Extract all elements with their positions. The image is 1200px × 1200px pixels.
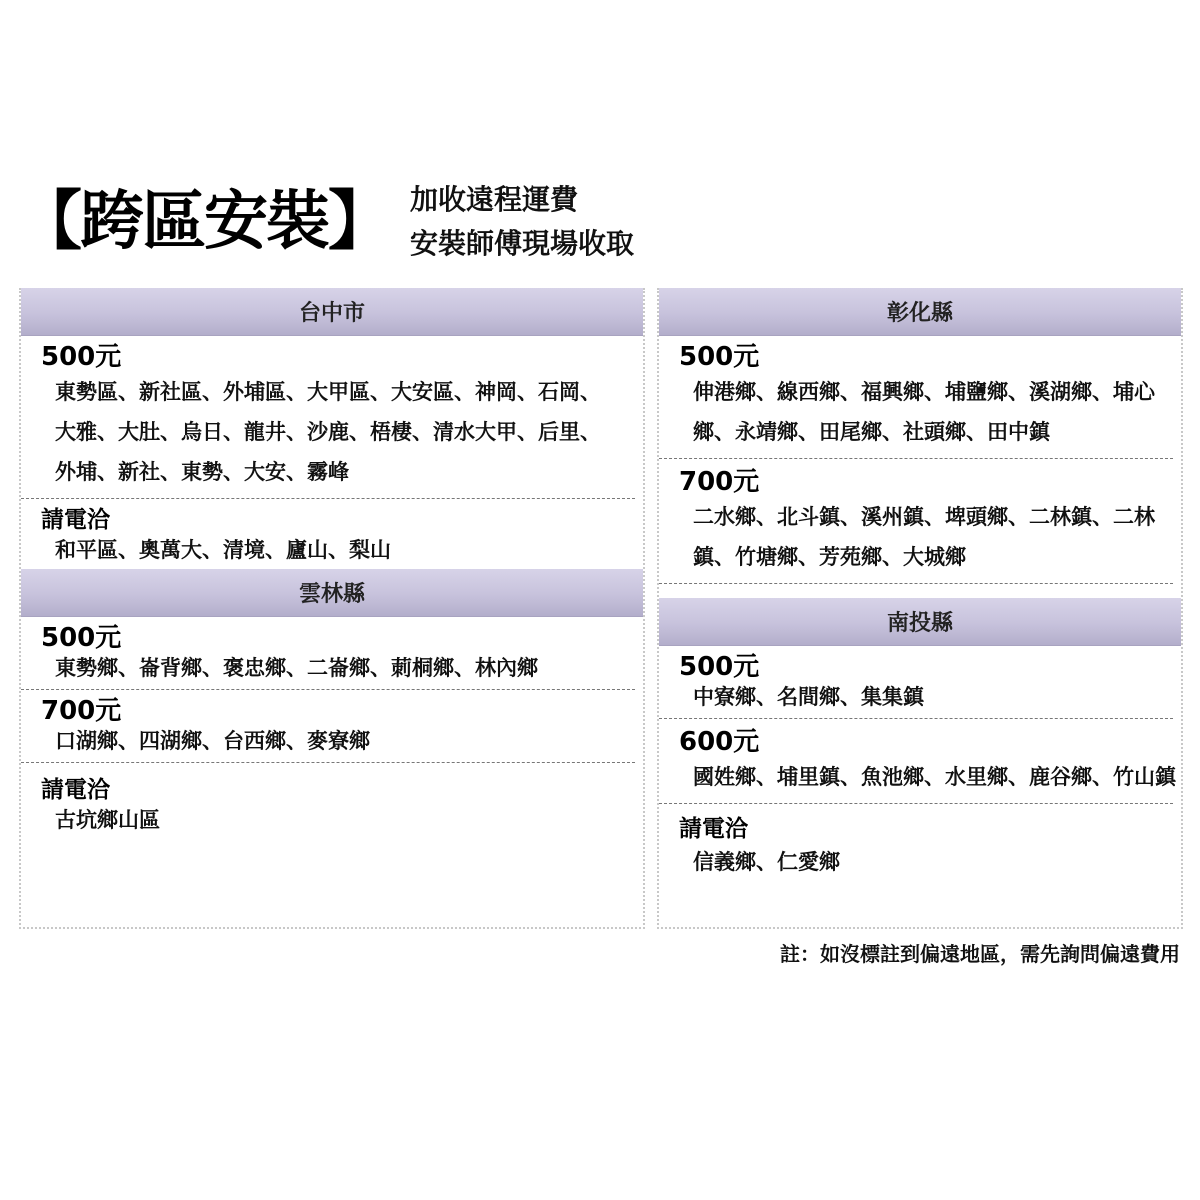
area-list: 國姓鄉、埔里鎮、魚池鄉、水里鄉、鹿谷鄉、竹山鎮	[679, 757, 1183, 797]
region-header-nantou: 南投縣	[659, 598, 1181, 646]
area-list: 口湖鄉、四湖鄉、台西鄉、麥寮鄉	[41, 726, 627, 756]
tier-yunlin-700: 700元 口湖鄉、四湖鄉、台西鄉、麥寮鄉	[21, 690, 635, 763]
tier-taichung-500: 500元 東勢區、新社區、外埔區、大甲區、大安區、神岡、石岡、大雅、大肚、烏日、…	[21, 336, 635, 499]
region-header-changhua: 彰化縣	[659, 288, 1181, 336]
tier-nantou-600: 600元 國姓鄉、埔里鎮、魚池鄉、水里鄉、鹿谷鄉、竹山鎮	[659, 719, 1173, 804]
area-list: 古坑鄉山區	[41, 805, 635, 835]
subtitle-line-1: 加收遠程運費	[410, 178, 634, 222]
tier-changhua-500: 500元 伸港鄉、線西鄉、福興鄉、埔鹽鄉、溪湖鄉、埔心鄉、永靖鄉、田尾鄉、社頭鄉…	[659, 336, 1173, 459]
main-title: 【跨區安裝】	[18, 190, 390, 254]
tier-nantou-500: 500元 中寮鄉、名間鄉、集集鎮	[659, 646, 1173, 719]
tier-yunlin-500: 500元 東勢鄉、崙背鄉、褒忠鄉、二崙鄉、莿桐鄉、林內鄉	[21, 617, 635, 690]
price-label: 500元	[41, 342, 627, 372]
title-block: 【跨區安裝】 加收遠程運費 安裝師傅現場收取	[18, 178, 634, 266]
tier-nantou-call: 請電洽 信義鄉、仁愛鄉	[659, 804, 1181, 886]
region-header-yunlin: 雲林縣	[21, 569, 643, 617]
footnote: 註：如沒標註到偏遠地區，需先詢問偏遠費用	[780, 938, 1180, 967]
subtitle-block: 加收遠程運費 安裝師傅現場收取	[410, 178, 634, 266]
tier-taichung-call: 請電洽 和平區、奧萬大、清境、廬山、梨山	[21, 499, 643, 569]
price-label: 500元	[679, 652, 1165, 682]
area-list: 東勢區、新社區、外埔區、大甲區、大安區、神岡、石岡、大雅、大肚、烏日、龍井、沙鹿…	[41, 372, 615, 492]
area-list: 和平區、奧萬大、清境、廬山、梨山	[41, 535, 635, 565]
area-list: 中寮鄉、名間鄉、集集鎮	[679, 682, 1165, 712]
tier-yunlin-call: 請電洽 古坑鄉山區	[21, 763, 643, 841]
area-list: 二水鄉、北斗鎮、溪州鎮、埤頭鄉、二林鎮、二林鎮、竹塘鄉、芳苑鄉、大城鄉	[679, 497, 1183, 577]
subtitle-line-2: 安裝師傅現場收取	[410, 222, 634, 266]
left-panel: 台中市 500元 東勢區、新社區、外埔區、大甲區、大安區、神岡、石岡、大雅、大肚…	[19, 288, 645, 929]
region-header-taichung: 台中市	[21, 288, 643, 336]
price-label: 600元	[679, 727, 1165, 757]
price-label: 請電洽	[679, 814, 1173, 844]
price-label: 500元	[679, 342, 1165, 372]
area-list: 東勢鄉、崙背鄉、褒忠鄉、二崙鄉、莿桐鄉、林內鄉	[41, 653, 627, 683]
price-label: 請電洽	[41, 775, 635, 805]
tier-changhua-700: 700元 二水鄉、北斗鎮、溪州鎮、埤頭鄉、二林鎮、二林鎮、竹塘鄉、芳苑鄉、大城鄉	[659, 459, 1173, 584]
price-label: 請電洽	[41, 505, 635, 535]
price-label: 500元	[41, 623, 627, 653]
area-list: 伸港鄉、線西鄉、福興鄉、埔鹽鄉、溪湖鄉、埔心鄉、永靖鄉、田尾鄉、社頭鄉、田中鎮	[679, 372, 1183, 452]
price-label: 700元	[41, 696, 627, 726]
right-panel: 彰化縣 500元 伸港鄉、線西鄉、福興鄉、埔鹽鄉、溪湖鄉、埔心鄉、永靖鄉、田尾鄉…	[657, 288, 1183, 929]
price-label: 700元	[679, 467, 1165, 497]
spacer	[659, 584, 1181, 598]
area-list: 信義鄉、仁愛鄉	[679, 844, 1173, 880]
